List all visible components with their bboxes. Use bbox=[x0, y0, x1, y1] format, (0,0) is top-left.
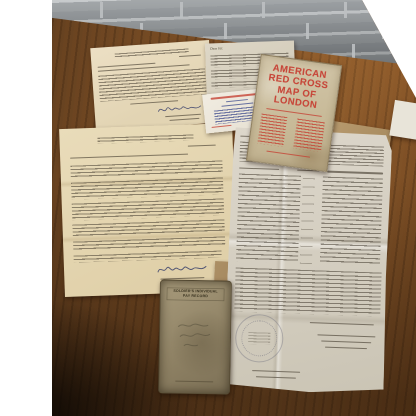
memo-date-line bbox=[179, 55, 201, 58]
red-cross-map-booklet: AMERICAN RED CROSS MAP OF LONDON bbox=[246, 54, 342, 172]
roster-footer-line bbox=[252, 370, 300, 373]
brick-joint bbox=[180, 2, 183, 18]
card-presented-line bbox=[226, 99, 248, 102]
memo-signature-block-line bbox=[169, 118, 199, 121]
map-footer-line bbox=[266, 151, 310, 158]
paper-sliver bbox=[389, 100, 416, 140]
brick-joint bbox=[262, 2, 265, 18]
pay-record-title-box: SOLDIER'S INDIVIDUAL PAY RECORD bbox=[167, 288, 225, 302]
letter-paragraph-lines bbox=[71, 177, 224, 199]
roster-name-column-right bbox=[320, 176, 383, 266]
roster-command-line bbox=[310, 322, 374, 325]
map-title: AMERICAN RED CROSS MAP OF LONDON bbox=[255, 62, 340, 114]
signature-ink bbox=[156, 261, 208, 277]
letter-paragraph-lines bbox=[72, 219, 224, 237]
roster-column-header-line bbox=[327, 171, 383, 175]
stamp-center-lines bbox=[248, 332, 270, 345]
letter-salutation-line bbox=[70, 154, 188, 159]
map-index-column-right bbox=[293, 119, 325, 153]
roster-column-header-line bbox=[239, 168, 279, 171]
brick-joint bbox=[224, 23, 227, 39]
postal-stamp bbox=[234, 314, 284, 364]
pay-record-booklet: SOLDIER'S INDIVIDUAL PAY RECORD bbox=[158, 279, 232, 394]
roster-signature-block-line bbox=[321, 341, 371, 344]
letter-paragraph-lines bbox=[73, 236, 225, 251]
brick-joint bbox=[382, 23, 385, 39]
memo-header-lines bbox=[115, 48, 189, 58]
letter-date-line bbox=[188, 145, 216, 147]
roster-name-column-left bbox=[236, 174, 301, 264]
pay-record-handwriting-ink bbox=[174, 319, 217, 354]
typed-memo-letter bbox=[90, 40, 214, 131]
roster-number-column bbox=[300, 178, 315, 264]
brick-joint bbox=[344, 2, 347, 18]
roster-paragraph-lines bbox=[234, 267, 381, 316]
roster-signature-block-line bbox=[317, 334, 375, 337]
photograph: Dear Sir: bbox=[0, 0, 416, 416]
letter-paragraph-lines bbox=[72, 198, 225, 220]
brick-joint bbox=[306, 23, 309, 39]
roster-signature-block-line bbox=[325, 347, 367, 350]
salutation-text: Dear Sir: bbox=[210, 47, 223, 51]
letter-paragraph-lines bbox=[70, 160, 222, 178]
photo-canvas: Dear Sir: bbox=[0, 0, 416, 416]
card-heading-line bbox=[211, 93, 261, 100]
pay-record-footer-line bbox=[175, 381, 213, 383]
memo-body-lines bbox=[98, 68, 207, 101]
typed-field-letter bbox=[59, 123, 238, 297]
roster-footer-line bbox=[256, 376, 296, 379]
brick-joint bbox=[100, 2, 103, 18]
card-footer-line bbox=[212, 125, 232, 128]
letter-header-lines bbox=[97, 134, 193, 143]
map-index-column-left bbox=[257, 113, 287, 146]
